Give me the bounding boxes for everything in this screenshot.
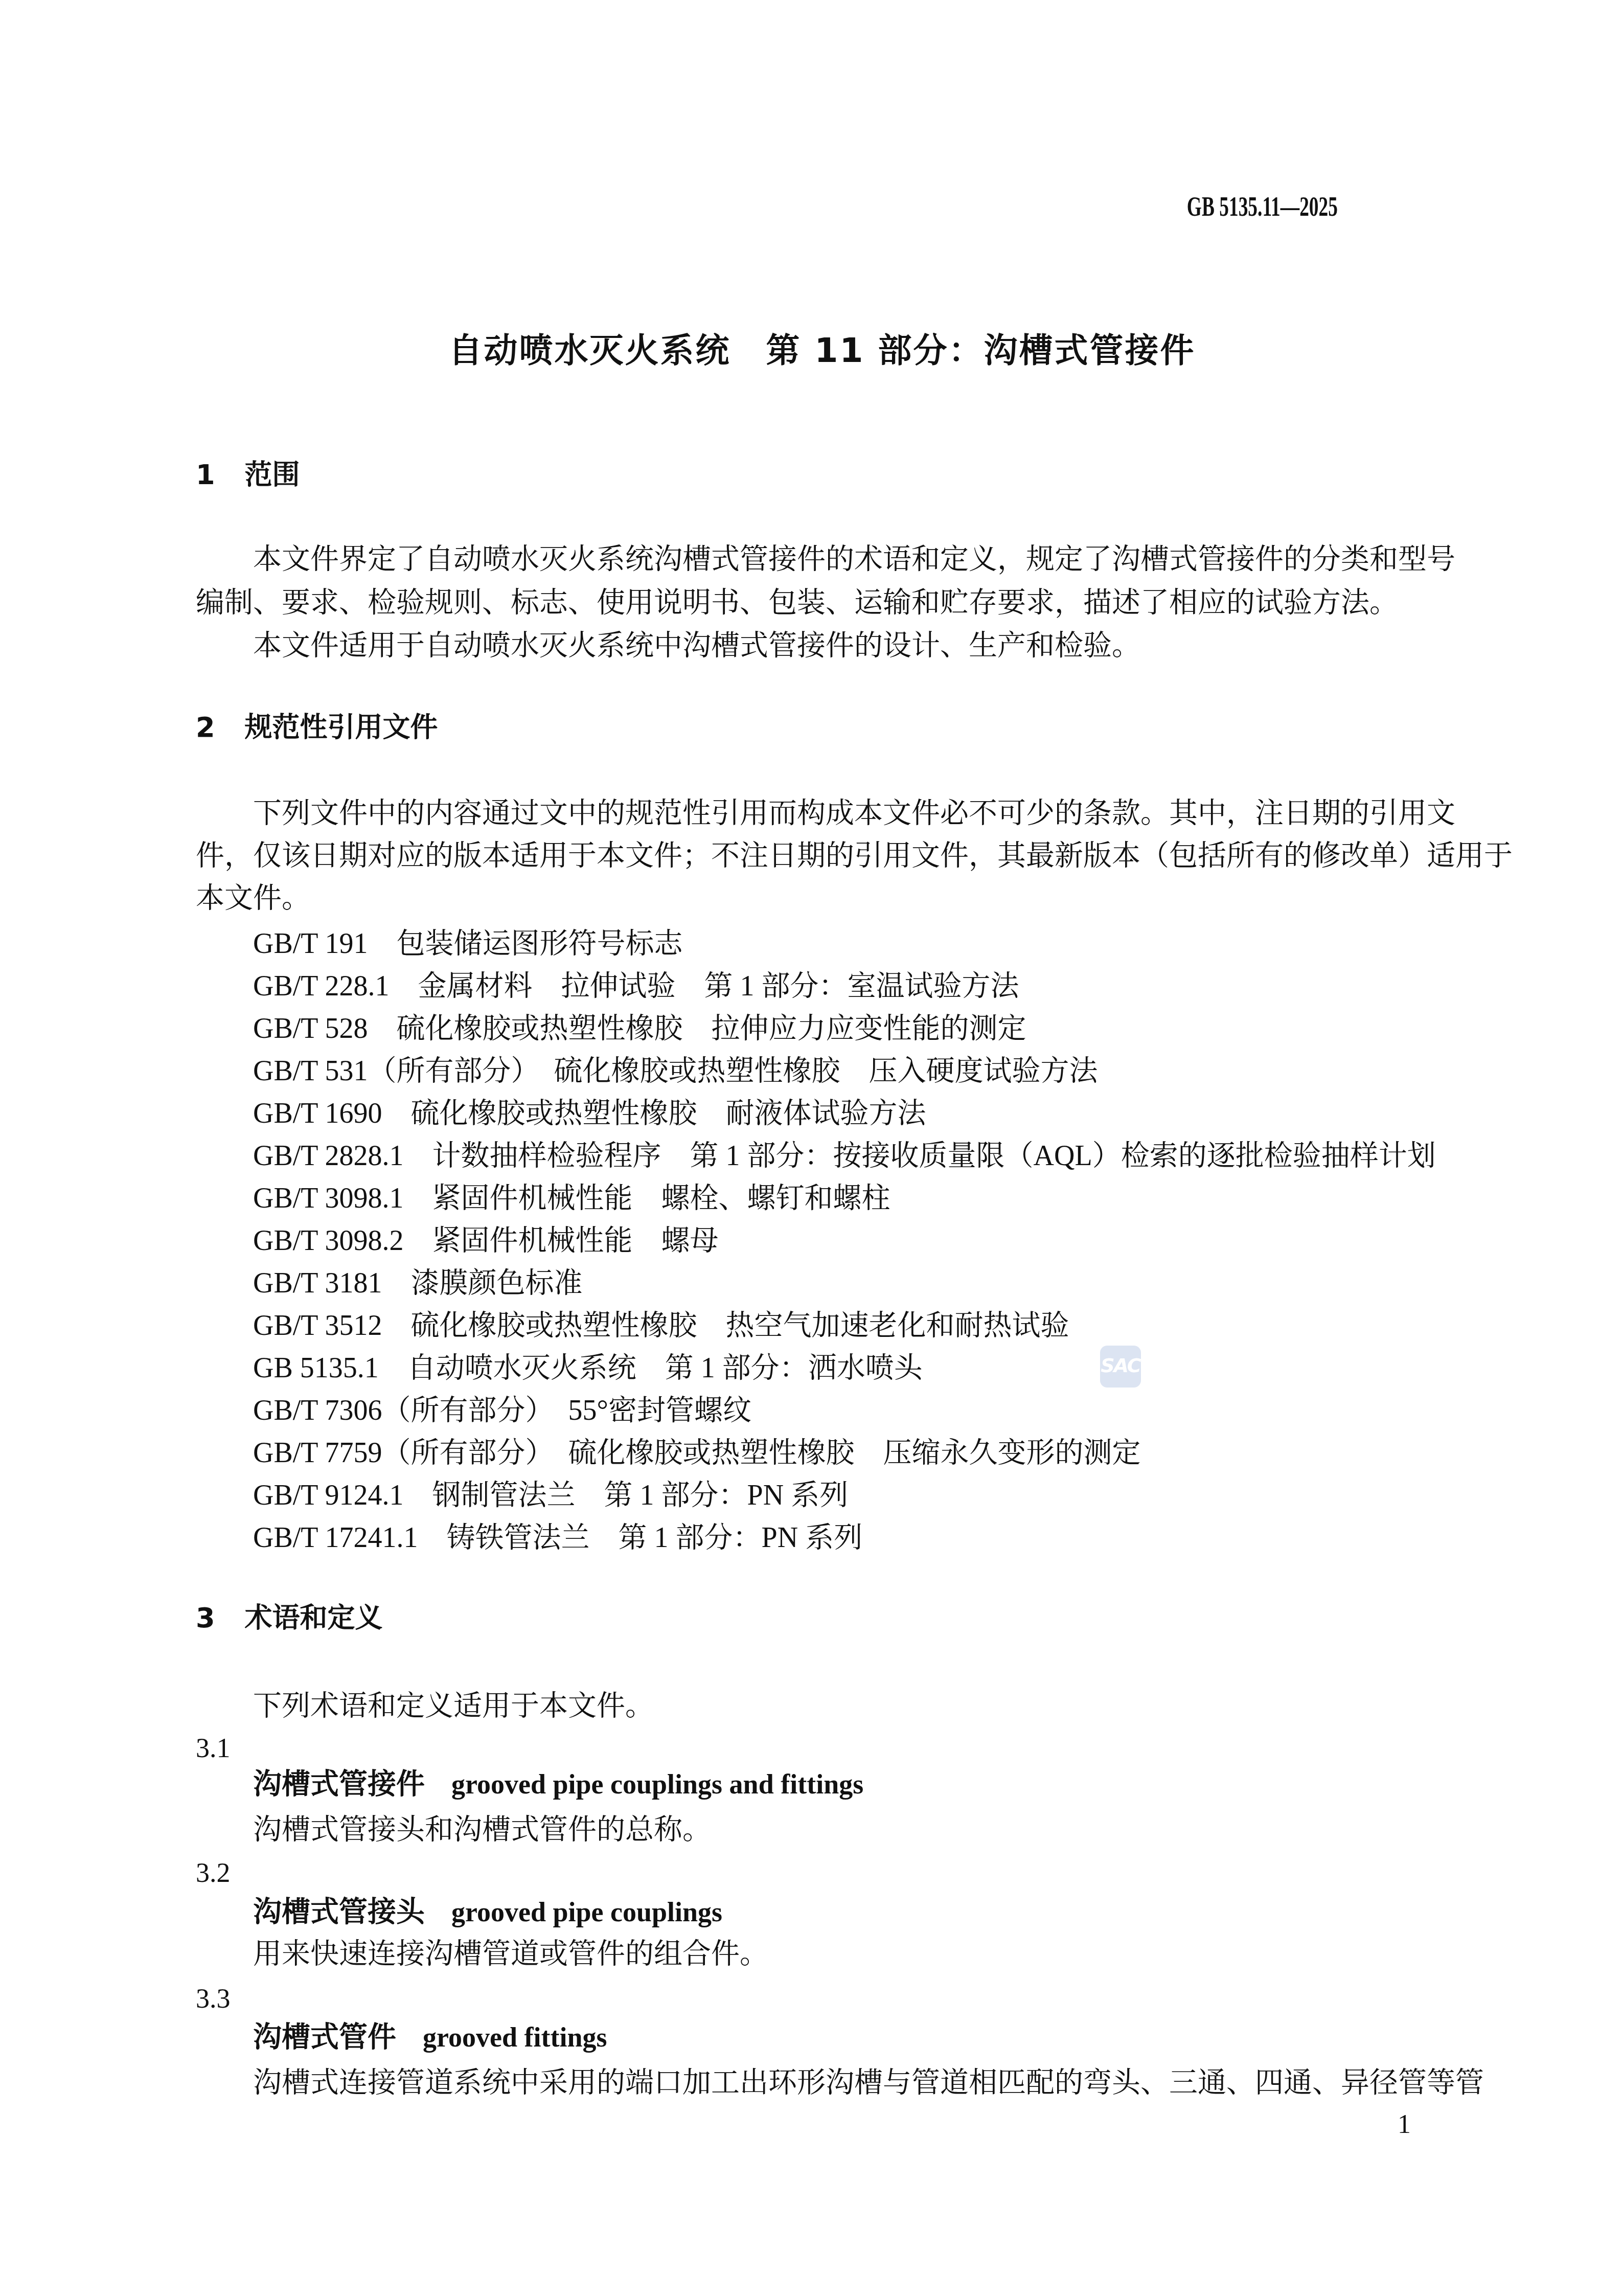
- section-title: 范围: [245, 459, 300, 491]
- clause-number: 3.1: [196, 1734, 231, 1762]
- term-name-zh: 沟槽式管接头: [253, 1895, 425, 1928]
- reference-item: GB 5135.1 自动喷水灭火系统 第 1 部分：洒水喷头: [196, 1347, 1448, 1390]
- terms-intro: 下列术语和定义适用于本文件。: [196, 1685, 1448, 1727]
- term-name-zh: 沟槽式管接件: [253, 1767, 425, 1801]
- body-paragraph-line: 本文件界定了自动喷水灭火系统沟槽式管接件的术语和定义，规定了沟槽式管接件的分类和…: [196, 538, 1448, 581]
- reference-item: GB/T 3098.1 紧固件机械性能 螺栓、螺钉和螺柱: [196, 1177, 1448, 1220]
- section-number: 2: [196, 712, 215, 743]
- reference-item: GB/T 17241.1 铸铁管法兰 第 1 部分：PN 系列: [196, 1517, 1448, 1559]
- section-title: 术语和定义: [245, 1602, 383, 1634]
- term-definition: 用来快速连接沟槽管道或管件的组合件。: [253, 1937, 1449, 1971]
- page-number: 1: [1398, 2111, 1411, 2138]
- reference-item: GB/T 3512 硫化橡胶或热塑性橡胶 热空气加速老化和耐热试验: [196, 1305, 1448, 1347]
- term-name-zh: 沟槽式管件: [253, 2020, 396, 2054]
- clause-number: 3.2: [196, 1859, 231, 1886]
- clause-number: 3.3: [196, 1985, 231, 2012]
- reference-item: GB/T 228.1 金属材料 拉伸试验 第 1 部分：室温试验方法: [196, 965, 1448, 1008]
- reference-item: GB/T 1690 硫化橡胶或热塑性橡胶 耐液体试验方法: [196, 1093, 1448, 1135]
- document-title: 自动喷水灭火系统 第 11 部分：沟槽式管接件: [196, 331, 1448, 370]
- reference-item: GB/T 2828.1 计数抽样检验程序 第 1 部分：按接收质量限（AQL）检…: [196, 1135, 1448, 1177]
- term-name-line: 沟槽式管件grooved fittings: [253, 2023, 607, 2052]
- reference-item: GB/T 9124.1 钢制管法兰 第 1 部分：PN 系列: [196, 1474, 1448, 1517]
- term-name-line: 沟槽式管接头grooved pipe couplings: [253, 1898, 722, 1926]
- section-title: 规范性引用文件: [245, 711, 438, 743]
- reference-item: GB/T 3181 漆膜颜色标准: [196, 1262, 1448, 1305]
- term-name-en: grooved pipe couplings: [451, 1897, 722, 1927]
- section-heading-normative-references: 2规范性引用文件: [196, 712, 438, 743]
- reference-item: GB/T 528 硫化橡胶或热塑性橡胶 拉伸应力应变性能的测定: [196, 1008, 1448, 1050]
- body-paragraph-line: 下列文件中的内容通过文中的规范性引用而构成本文件必不可少的条款。其中，注日期的引…: [196, 792, 1448, 835]
- body-paragraph-line: 编制、要求、检验规则、标志、使用说明书、包装、运输和贮存要求，描述了相应的试验方…: [196, 581, 1448, 625]
- reference-list: GB/T 191 包装储运图形符号标志 GB/T 228.1 金属材料 拉伸试验…: [196, 923, 1448, 1559]
- reference-item: GB/T 7306（所有部分） 55°密封管螺纹: [196, 1390, 1448, 1432]
- reference-item: GB/T 7759（所有部分） 硫化橡胶或热塑性橡胶 压缩永久变形的测定: [196, 1432, 1448, 1474]
- section-heading-scope: 1范围: [196, 459, 300, 491]
- term-definition: 沟槽式连接管道系统中采用的端口加工出环形沟槽与管道相匹配的弯头、三通、四通、异径…: [253, 2066, 1449, 2100]
- scope-paragraphs: 本文件界定了自动喷水灭火系统沟槽式管接件的术语和定义，规定了沟槽式管接件的分类和…: [196, 538, 1448, 668]
- body-paragraph-line: 本文件适用于自动喷水灭火系统中沟槽式管接件的设计、生产和检验。: [196, 624, 1448, 668]
- section-heading-terms: 3术语和定义: [196, 1602, 383, 1634]
- standard-number-header: GB 5135.11—2025: [1187, 192, 1338, 220]
- term-definition: 沟槽式管接头和沟槽式管件的总称。: [253, 1813, 1449, 1847]
- document-page: { "header": { "doc_number": "GB 5135.11—…: [0, 0, 1623, 2296]
- section-number: 1: [196, 459, 215, 491]
- reference-item: GB/T 191 包装储运图形符号标志: [196, 923, 1448, 965]
- body-paragraph-line: 件，仅该日期对应的版本适用于本文件；不注日期的引用文件，其最新版本（包括所有的修…: [196, 835, 1448, 877]
- terms-intro-block: 下列术语和定义适用于本文件。: [196, 1685, 1448, 1727]
- reference-item: GB/T 531（所有部分） 硫化橡胶或热塑性橡胶 压入硬度试验方法: [196, 1050, 1448, 1093]
- reference-item: GB/T 3098.2 紧固件机械性能 螺母: [196, 1220, 1448, 1262]
- term-name-line: 沟槽式管接件grooved pipe couplings and fitting…: [253, 1770, 863, 1799]
- term-name-en: grooved pipe couplings and fittings: [451, 1769, 863, 1800]
- section-number: 3: [196, 1602, 215, 1634]
- normative-references-intro: 下列文件中的内容通过文中的规范性引用而构成本文件必不可少的条款。其中，注日期的引…: [196, 792, 1448, 920]
- body-paragraph-line: 本文件。: [196, 877, 1448, 920]
- term-name-en: grooved fittings: [423, 2022, 607, 2053]
